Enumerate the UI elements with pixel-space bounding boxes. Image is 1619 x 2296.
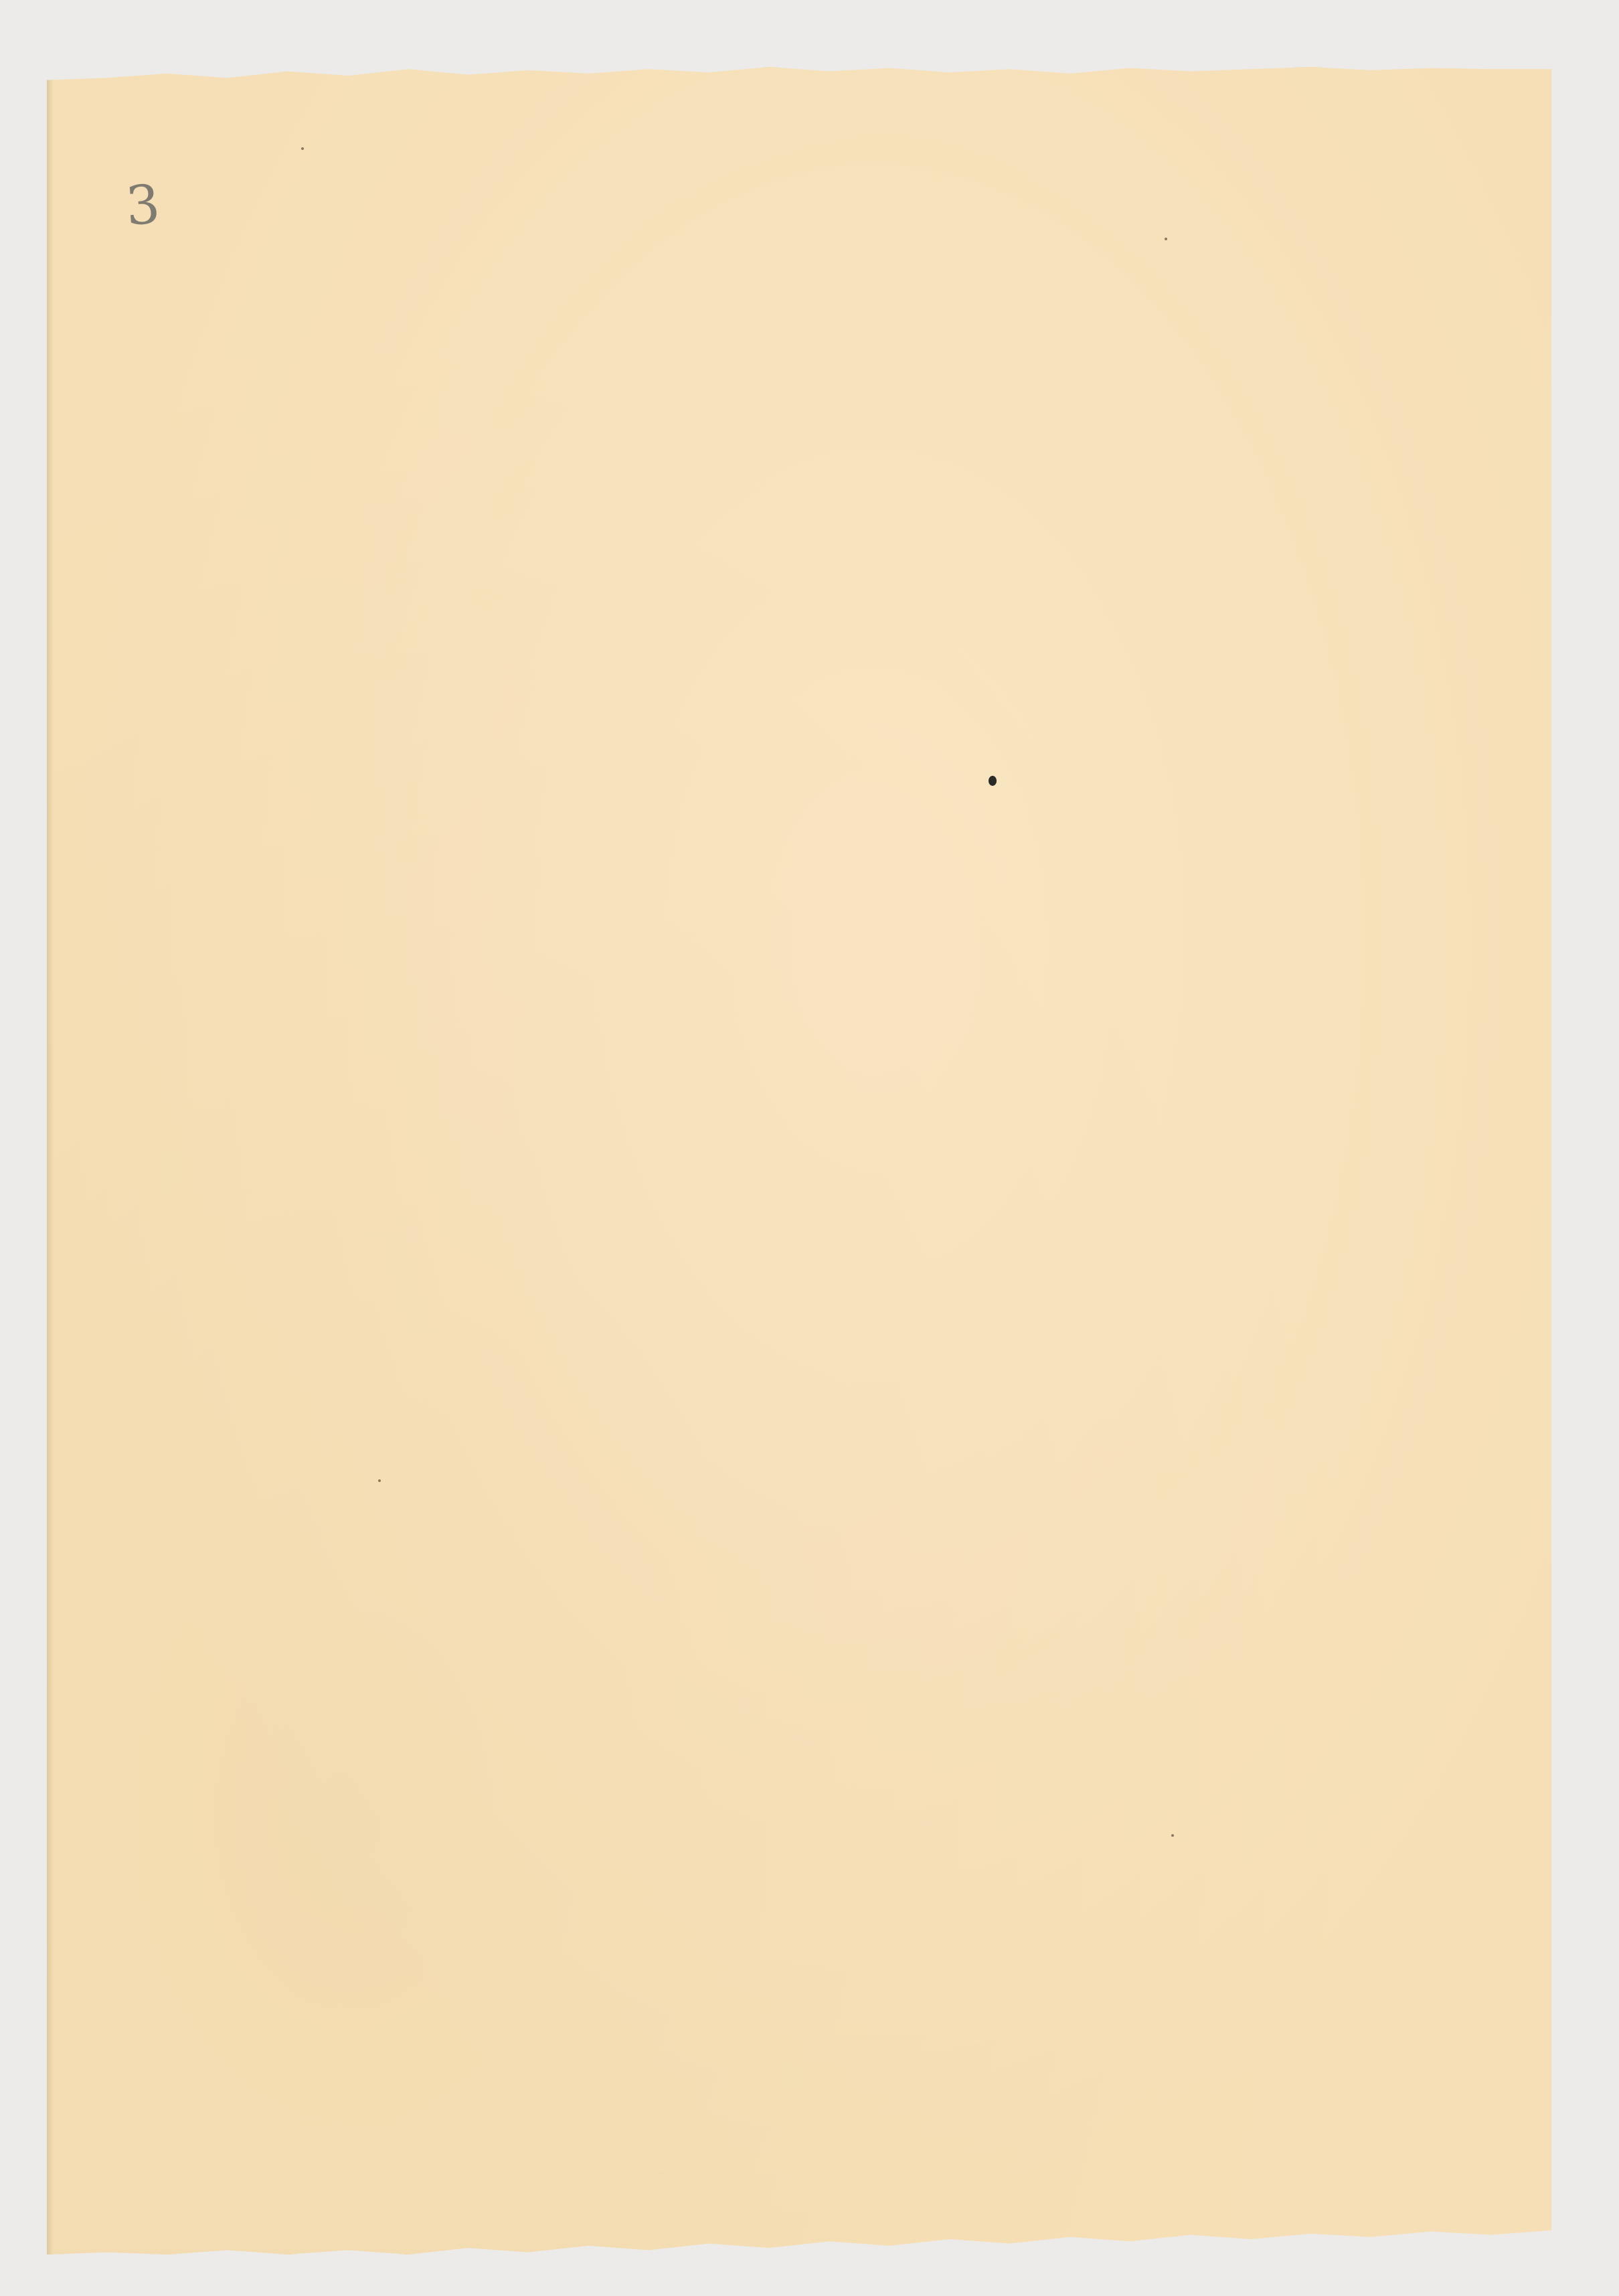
ink-speck bbox=[989, 776, 997, 786]
paper-speck bbox=[1165, 238, 1167, 240]
page-number-annotation: 3 bbox=[124, 173, 162, 237]
paper-sheet: 3 bbox=[47, 67, 1551, 2254]
paper-speck bbox=[1171, 1834, 1174, 1837]
deckled-edge bbox=[47, 67, 54, 2254]
paper-speck bbox=[378, 1479, 381, 1482]
paper-speck bbox=[301, 147, 304, 150]
